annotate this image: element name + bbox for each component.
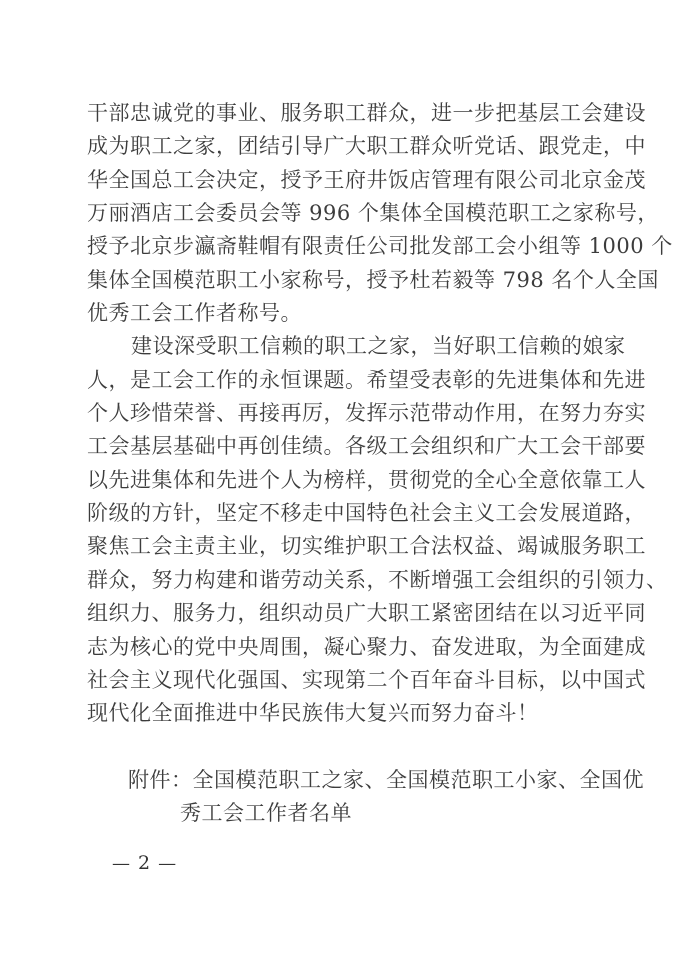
document-page: 干部忠诚党的事业、服务职工群众，进一步把基层工会建设 成为职工之家，团结引导广大… [0, 0, 700, 955]
attachment-label: 附件： [128, 768, 193, 792]
body-line: 华全国总工会决定，授予王府井饭店管理有限公司北京金茂 [87, 164, 614, 197]
body-line: 优秀工会工作者称号。 [87, 297, 614, 330]
attachment-note: 附件：全国模范职工之家、全国模范职工小家、全国优 秀工会工作者名单 [87, 764, 647, 831]
body-line: 组织力、服务力，组织动员广大职工紧密团结在以习近平同 [87, 597, 614, 630]
attachment-title-part1: 全国模范职工之家、全国模范职工小家、全国优 [193, 768, 645, 792]
attachment-line: 秀工会工作者名单 [180, 797, 647, 830]
body-line: 个人珍惜荣誉、再接再厉，发挥示范带动作用，在努力夯实 [87, 397, 614, 430]
body-line: 建设深受职工信赖的职工之家，当好职工信赖的娘家 [87, 330, 614, 363]
page-number: 2 [138, 852, 150, 874]
body-line: 聚焦工会主责主业，切实维护职工合法权益、竭诚服务职工 [87, 530, 614, 563]
page-footer: — 2 — [104, 852, 184, 874]
body-line: 成为职工之家，团结引导广大职工群众听党话、跟党走，中 [87, 130, 614, 163]
footer-dash-right: — [150, 853, 184, 874]
body-line: 社会主义现代化强国、实现第二个百年奋斗目标，以中国式 [87, 664, 614, 697]
body-line: 万丽酒店工会委员会等 996 个集体全国模范职工之家称号， [87, 197, 614, 230]
body-line: 授予北京步瀛斋鞋帽有限责任公司批发部工会小组等 1000 个 [87, 230, 614, 263]
body-line: 现代化全面推进中华民族伟大复兴而努力奋斗！ [87, 697, 614, 730]
body-line: 阶级的方针，坚定不移走中国特色社会主义工会发展道路， [87, 497, 614, 530]
body-line: 人，是工会工作的永恒课题。希望受表彰的先进集体和先进 [87, 364, 614, 397]
body-line: 以先进集体和先进个人为榜样，贯彻党的全心全意依靠工人 [87, 464, 614, 497]
body-text: 干部忠诚党的事业、服务职工群众，进一步把基层工会建设 成为职工之家，团结引导广大… [87, 97, 614, 731]
attachment-line: 附件：全国模范职工之家、全国模范职工小家、全国优 [128, 764, 647, 797]
body-line: 志为核心的党中央周围，凝心聚力、奋发进取，为全面建成 [87, 631, 614, 664]
body-line: 工会基层基础中再创佳绩。各级工会组织和广大工会干部要 [87, 430, 614, 463]
body-line: 干部忠诚党的事业、服务职工群众，进一步把基层工会建设 [87, 97, 614, 130]
body-line: 群众，努力构建和谐劳动关系，不断增强工会组织的引领力、 [87, 564, 614, 597]
footer-dash-left: — [104, 853, 138, 874]
body-line: 集体全国模范职工小家称号，授予杜若毅等 798 名个人全国 [87, 264, 614, 297]
